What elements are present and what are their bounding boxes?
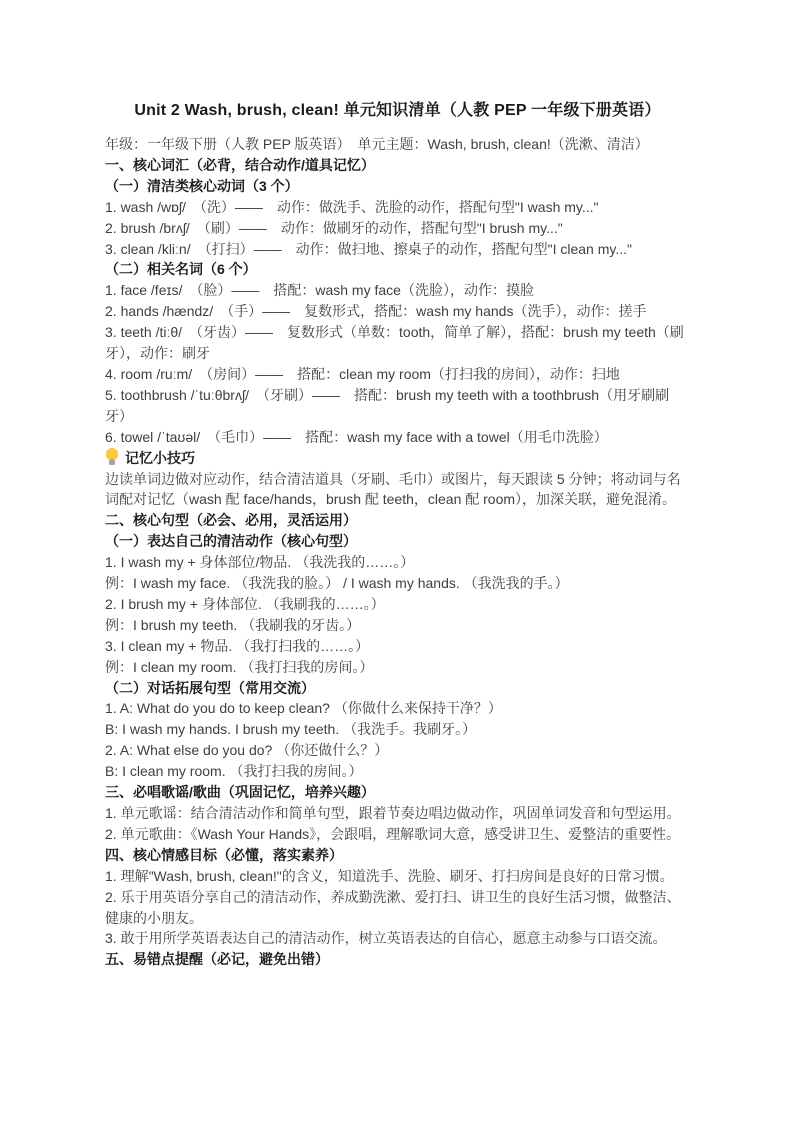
dialog-line-1a: 1. A: What do you do to keep clean? （你做什… <box>105 698 690 719</box>
goal-item-1: 1. 理解"Wash, brush, clean!"的含义，知道洗手、洗脸、刷牙… <box>105 866 690 887</box>
subsection-dialog-heading: （二）对话拓展句型（常用交流） <box>105 678 690 699</box>
dialog-line-2b: B: I clean my room. （我打扫我的房间。） <box>105 761 690 782</box>
section-4-heading: 四、核心情感目标（必懂，落实素养） <box>105 845 690 866</box>
sentence-pattern-clean: 3. I clean my + 物品. （我打扫我的……。） <box>105 636 690 657</box>
vocab-item-brush: 2. brush /brʌʃ/ （刷）—— 动作：做刷牙的动作，搭配句型"I b… <box>105 218 690 239</box>
dialog-line-2a: 2. A: What else do you do? （你还做什么？） <box>105 740 690 761</box>
subsection-own-actions-heading: （一）表达自己的清洁动作（核心句型） <box>105 531 690 552</box>
lightbulb-icon <box>105 448 118 465</box>
vocab-item-hands: 2. hands /hændz/ （手）—— 复数形式，搭配：wash my h… <box>105 301 690 322</box>
document-page: Unit 2 Wash, brush, clean! 单元知识清单（人教 PEP… <box>0 0 794 1123</box>
song-item-chant: 1. 单元歌谣：结合清洁动作和简单句型，跟着节奏边唱边做动作，巩固单词发音和句型… <box>105 803 690 824</box>
vocab-item-teeth: 3. teeth /tiːθ/ （牙齿）—— 复数形式（单数：tooth，简单了… <box>105 322 690 364</box>
vocab-item-clean: 3. clean /kliːn/ （打扫）—— 动作：做扫地、擦桌子的动作，搭配… <box>105 239 690 260</box>
subsection-verbs-heading: （一）清洁类核心动词（3 个） <box>105 176 690 197</box>
dialog-line-1b: B: I wash my hands. I brush my teeth. （我… <box>105 719 690 740</box>
example-clean: 例：I clean my room. （我打扫我的房间。） <box>105 657 690 678</box>
vocab-item-toothbrush: 5. toothbrush /ˈtuːθbrʌʃ/ （牙刷）—— 搭配：brus… <box>105 385 690 427</box>
vocab-item-wash: 1. wash /wɒʃ/ （洗）—— 动作：做洗手、洗脸的动作，搭配句型"I … <box>105 197 690 218</box>
vocab-item-face: 1. face /feɪs/ （脸）—— 搭配：wash my face（洗脸）… <box>105 280 690 301</box>
vocab-item-towel: 6. towel /ˈtaʊəl/ （毛巾）—— 搭配：wash my face… <box>105 427 690 448</box>
tip-heading: 记忆小技巧 <box>105 448 690 469</box>
section-5-heading: 五、易错点提醒（必记，避免出错） <box>105 949 690 970</box>
song-item-song: 2. 单元歌曲：《Wash Your Hands》，会跟唱，理解歌词大意，感受讲… <box>105 824 690 845</box>
sentence-pattern-wash: 1. I wash my + 身体部位/物品. （我洗我的……。） <box>105 552 690 573</box>
goal-item-3: 3. 敢于用所学英语表达自己的清洁动作，树立英语表达的自信心，愿意主动参与口语交… <box>105 928 690 949</box>
vocab-item-room: 4. room /ruːm/ （房间）—— 搭配：clean my room（打… <box>105 364 690 385</box>
paragraph-list: 年级：一年级下册（人教 PEP 版英语） 单元主题：Wash, brush, c… <box>105 134 690 970</box>
grade-topic-line: 年级：一年级下册（人教 PEP 版英语） 单元主题：Wash, brush, c… <box>105 134 690 155</box>
sentence-pattern-brush: 2. I brush my + 身体部位. （我刷我的……。） <box>105 594 690 615</box>
example-brush: 例：I brush my teeth. （我刷我的牙齿。） <box>105 615 690 636</box>
subsection-nouns-heading: （二）相关名词（6 个） <box>105 259 690 280</box>
section-2-heading: 二、核心句型（必会、必用，灵活运用） <box>105 510 690 531</box>
section-1-heading: 一、核心词汇（必背，结合动作/道具记忆） <box>105 155 690 176</box>
document-title: Unit 2 Wash, brush, clean! 单元知识清单（人教 PEP… <box>105 99 690 123</box>
tip-body: 边读单词边做对应动作，结合清洁道具（牙刷、毛巾）或图片，每天跟读 5 分钟；将动… <box>105 469 690 511</box>
example-wash: 例：I wash my face. （我洗我的脸。） / I wash my h… <box>105 573 690 594</box>
section-3-heading: 三、必唱歌谣/歌曲（巩固记忆，培养兴趣） <box>105 782 690 803</box>
goal-item-2: 2. 乐于用英语分享自己的清洁动作，养成勤洗漱、爱打扫、讲卫生的良好生活习惯，做… <box>105 887 690 929</box>
